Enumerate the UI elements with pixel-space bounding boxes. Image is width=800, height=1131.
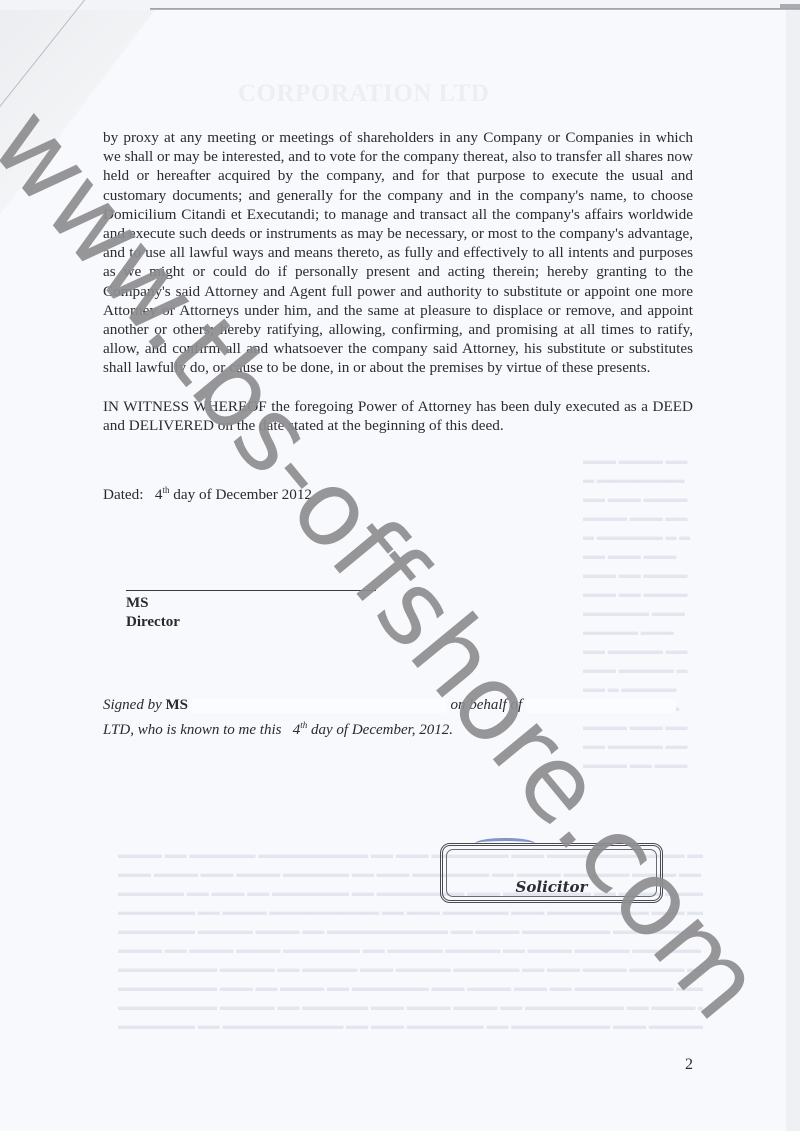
signed-by-prefix: Signed by <box>103 697 162 713</box>
on-behalf-of: on behalf of <box>450 697 522 713</box>
attestation-line-1: Signed by MS on behalf of <box>103 695 703 715</box>
dated-day-suffix: th <box>162 485 169 495</box>
signed-by-name: MS <box>165 697 188 713</box>
redacted-company <box>526 699 676 713</box>
attestation-day-suffix: th <box>300 720 307 730</box>
signature-line <box>126 590 376 591</box>
attestation-line-2: LTD, who is known to me this 4th day of … <box>103 715 703 740</box>
attestation-text: LTD, who is known to me this <box>103 722 281 738</box>
dated-line: Dated: 4th day of December 2012 <box>103 485 312 504</box>
bleed-through-heading: CORPORATION LTD <box>238 80 489 108</box>
signatory-name: MS <box>126 595 149 612</box>
proxy-powers-paragraph: by proxy at any meeting or meetings of s… <box>103 128 693 378</box>
attestation-block: Signed by MS on behalf of LTD, who is kn… <box>103 695 703 740</box>
page-right-margin <box>786 10 800 1131</box>
deed-body: by proxy at any meeting or meetings of s… <box>103 128 693 435</box>
dated-rest: day of December 2012 <box>173 486 312 503</box>
signatory-title: Director <box>126 614 180 631</box>
page-top-edge-corner <box>780 4 800 8</box>
witness-clause-paragraph: IN WITNESS WHEREOF the foregoing Power o… <box>103 397 693 435</box>
attestation-date: day of December, 2012. <box>311 722 453 738</box>
stamp-label: Solicitor <box>443 878 660 896</box>
page-number: 2 <box>685 1056 693 1074</box>
dated-label: Dated: <box>103 486 143 503</box>
redacted-name <box>192 699 447 713</box>
solicitor-stamp: Solicitor <box>440 843 663 903</box>
